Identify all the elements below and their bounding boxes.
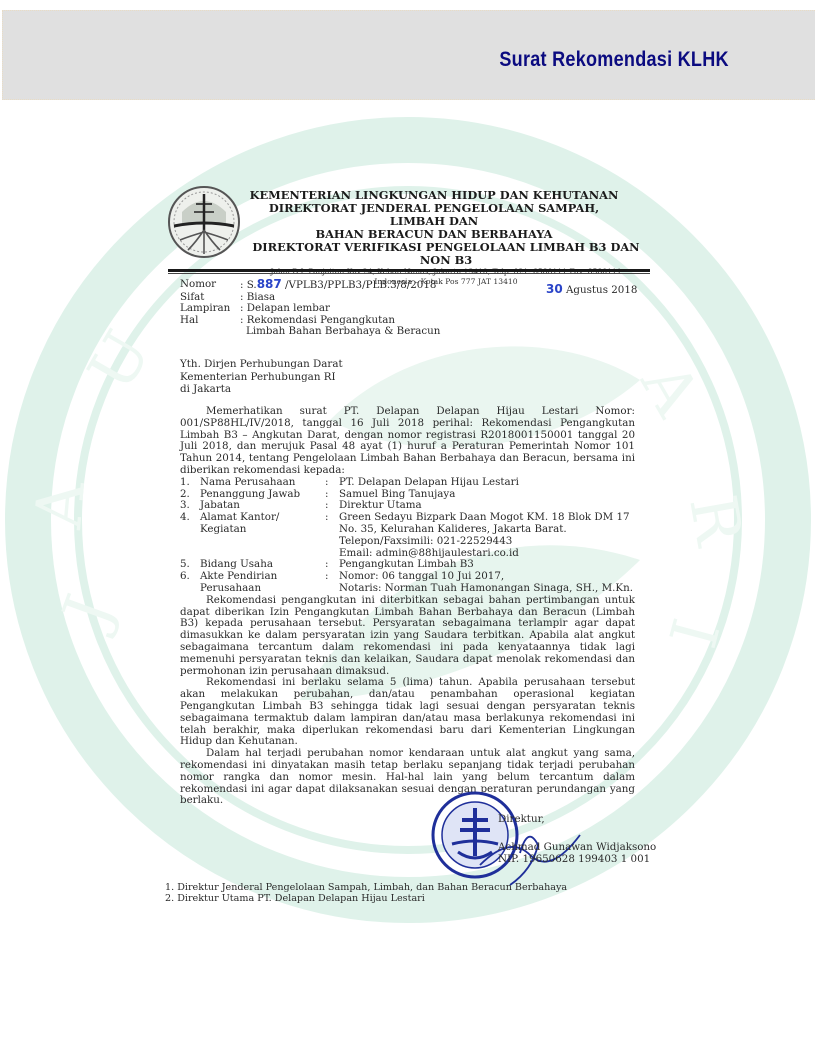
paragraph-purpose: Rekomendasi pengangkutan ini diterbitkan…	[180, 595, 635, 678]
signatory-nip: NIP. 19650628 199403 1 001	[498, 853, 656, 865]
cc-item: 1. Direktur Jenderal Pengelolaan Sampah,…	[165, 882, 567, 893]
signature-block: Direktur, Achmad Gunawan Widjaksono NIP.…	[498, 841, 656, 866]
detail-colon: :	[325, 512, 339, 524]
carbon-copy-list: 1. Direktur Jenderal Pengelolaan Sampah,…	[165, 882, 567, 905]
detail-value: No. 35, Kelurahan Kalideres, Jakarta Bar…	[339, 524, 633, 536]
detail-label: Perusahaan	[200, 583, 325, 595]
letterhead-divider	[168, 269, 650, 272]
paragraph-validity: Rekomendasi ini berlaku selama 5 (lima) …	[180, 677, 635, 748]
detail-row: KegiatanNo. 35, Kelurahan Kalideres, Jak…	[180, 524, 633, 536]
lampiran-value: : Delapan lembar	[240, 303, 440, 315]
letter-meta: Nomor : S.887 /VPLB3/PPLB3/PLB.3/8/2018 …	[180, 279, 440, 338]
detail-row: PerusahaanNotaris: Norman Tuah Hamonanga…	[180, 583, 633, 595]
recipient-line: di Jakarta	[180, 383, 343, 396]
hal-label: Hal	[180, 315, 240, 338]
cc-item: 2. Direktur Utama PT. Delapan Delapan Hi…	[165, 893, 567, 904]
letterhead-divider-thin	[168, 273, 650, 274]
handwritten-day: 30	[546, 282, 563, 296]
hal-value: : Rekomendasi PengangkutanLimbah Bahan B…	[240, 315, 440, 338]
recipient-block: Yth. Dirjen Perhubungan Darat Kementeria…	[180, 358, 343, 396]
detail-number: 1.	[180, 477, 200, 489]
lampiran-label: Lampiran	[180, 303, 240, 315]
detail-number: 4.	[180, 512, 200, 524]
letter-date: 30 Agustus 2018	[546, 282, 637, 296]
detail-colon	[325, 524, 339, 536]
detail-value: Telepon/Faxsimili: 021-22529443	[339, 536, 633, 548]
letter-body: Memerhatikan surat PT. Delapan Delapan H…	[180, 406, 635, 807]
detail-colon: :	[325, 477, 339, 489]
paragraph-intro: Memerhatikan surat PT. Delapan Delapan H…	[180, 406, 635, 477]
detail-colon	[325, 536, 339, 548]
handwritten-number: 887	[257, 277, 282, 291]
recipient-line: Yth. Dirjen Perhubungan Darat	[180, 358, 343, 371]
detail-value: Notaris: Norman Tuah Hamonangan Sinaga, …	[339, 583, 633, 595]
detail-number	[180, 536, 200, 548]
letter-page: KEMENTERIAN LINGKUNGAN HIDUP DAN KEHUTAN…	[0, 0, 816, 1056]
detail-number	[180, 583, 200, 595]
signatory-title: Direktur,	[498, 813, 545, 825]
detail-row: 1.Nama Perusahaan:PT. Delapan Delapan Hi…	[180, 477, 633, 489]
detail-label: Kegiatan	[200, 524, 325, 536]
detail-number: 6.	[180, 571, 200, 583]
company-details: 1.Nama Perusahaan:PT. Delapan Delapan Hi…	[180, 477, 633, 595]
paragraph-vehicle-change: Dalam hal terjadi perubahan nomor kendar…	[180, 748, 635, 807]
signatory-name: Achmad Gunawan Widjaksono	[498, 841, 656, 853]
detail-value: PT. Delapan Delapan Hijau Lestari	[339, 477, 633, 489]
nomor-label: Nomor	[180, 279, 240, 292]
klhk-tree-emblem-icon	[166, 184, 242, 260]
recipient-line: Kementerian Perhubungan RI	[180, 371, 343, 384]
detail-label: Nama Perusahaan	[200, 477, 325, 489]
directorate-name: DIREKTORAT VERIFIKASI PENGELOLAAN LIMBAH…	[236, 241, 656, 267]
detail-number	[180, 524, 200, 536]
detail-colon: :	[325, 571, 339, 583]
detail-colon	[325, 583, 339, 595]
detail-row: Telepon/Faxsimili: 021-22529443	[180, 536, 633, 548]
directorate-general-name: DIREKTORAT JENDERAL PENGELOLAAN SAMPAH, …	[244, 202, 624, 228]
detail-label	[200, 536, 325, 548]
nomor-value: : S.887 /VPLB3/PPLB3/PLB.3/8/2018	[240, 279, 440, 292]
